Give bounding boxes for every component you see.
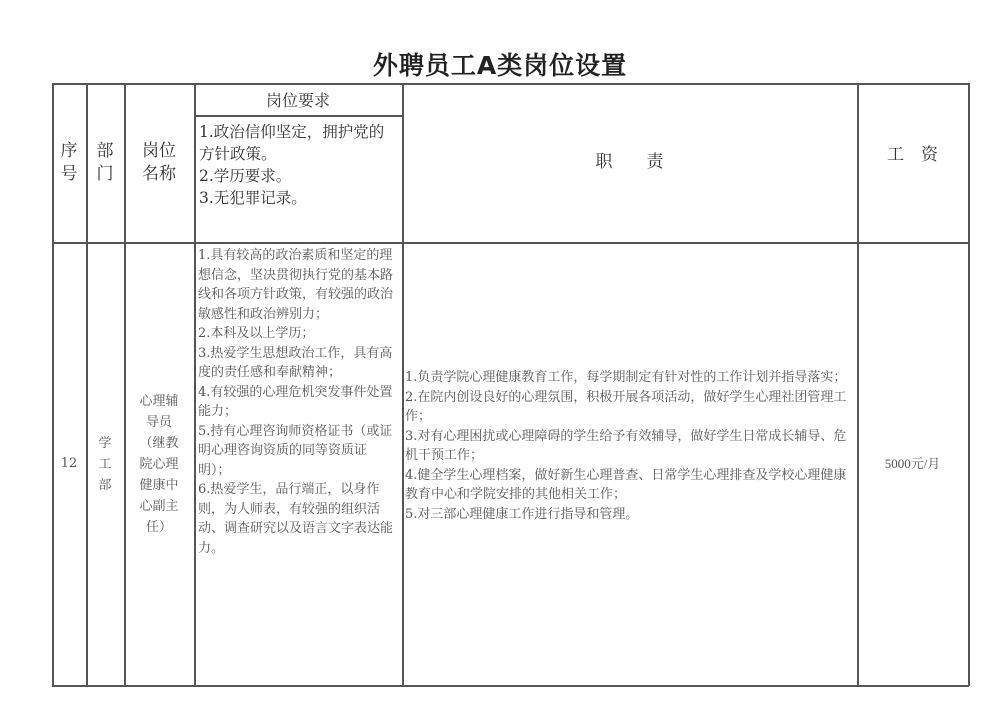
duty-3: 3.对有心理困扰或心理障碍的学生给予有效辅导，做好学生日常成长辅导、危机干预工作… [405, 427, 853, 466]
requirements-subheader-divider [194, 115, 402, 117]
header-position-name: 岗位名称 [124, 83, 194, 242]
row-dept-value: 学工部 [98, 433, 112, 496]
duty-4: 4.健全学生心理档案，做好新生心理普查、日常学生心理排查及学校心理健康教育中心和… [405, 466, 853, 505]
document-title: 外聘员工A类岗位设置 [0, 46, 1000, 82]
duty-2: 2.在院内创设良好的心理氛围，积极开展各项活动，做好学生心理社团管理工作； [405, 388, 853, 427]
row-seq: 12 [52, 243, 86, 685]
general-requirement-2: 2.学历要求。 [199, 165, 399, 187]
position-table: 序号 部门 岗位名称 岗位要求 1.政治信仰坚定，拥护党的方针政策。 2.学历要… [52, 83, 969, 686]
requirement-1: 1.具有较高的政治素质和坚定的理想信念，坚决贯彻执行党的基本路线和各项方针政策，… [198, 246, 398, 324]
header-salary-label: 工 资 [887, 144, 938, 167]
row-seq-value: 12 [61, 454, 78, 474]
header-requirements-label: 岗位要求 [266, 88, 330, 111]
requirement-2: 2.本科及以上学历； [198, 324, 398, 344]
general-requirement-3: 3.无犯罪记录。 [199, 187, 399, 209]
header-seq-label: 序号 [59, 140, 79, 186]
header-duties-label: 职 责 [596, 151, 664, 174]
row-salary: 5000元/月 [857, 243, 968, 685]
general-requirement-1: 1.政治信仰坚定，拥护党的方针政策。 [199, 121, 399, 165]
row-salary-value: 5000元/月 [885, 454, 941, 474]
table-border-bottom [52, 685, 969, 687]
row-dept: 学工部 [86, 243, 124, 685]
requirement-5: 5.持有心理咨询师资格证书（或证明心理咨询资质的同等资质证明）； [198, 422, 398, 481]
header-duties: 职 责 [402, 83, 857, 242]
col-divider-3 [194, 83, 196, 686]
header-seq: 序号 [52, 83, 86, 242]
header-dept: 部门 [86, 83, 124, 242]
duty-5: 5.对三部心理健康工作进行指导和管理。 [405, 505, 853, 525]
row-position-name-value: 心理辅导员（继教院心理健康中心副主任） [137, 391, 181, 538]
header-requirements-general: 1.政治信仰坚定，拥护党的方针政策。 2.学历要求。 3.无犯罪记录。 [199, 121, 399, 209]
row-position-name: 心理辅导员（继教院心理健康中心副主任） [124, 243, 194, 685]
header-salary: 工 资 [857, 83, 968, 228]
requirement-6: 6.热爱学生，品行端正，以身作则，为人师表，有较强的组织活动、调查研究以及语言文… [198, 480, 398, 558]
requirement-3: 3.热爱学生思想政治工作，具有高度的责任感和奉献精神； [198, 344, 398, 383]
duty-1: 1.负责学院心理健康教育工作，每学期制定有针对性的工作计划并指导落实； [405, 368, 853, 388]
row-duties: 1.负责学院心理健康教育工作，每学期制定有针对性的工作计划并指导落实； 2.在院… [405, 368, 853, 524]
requirement-4: 4.有较强的心理危机突发事件处置能力； [198, 383, 398, 422]
header-requirements: 岗位要求 [194, 83, 402, 115]
header-dept-label: 部门 [95, 140, 115, 186]
header-position-name-label: 岗位名称 [139, 140, 179, 186]
table-border-right [968, 83, 970, 686]
row-requirements: 1.具有较高的政治素质和坚定的理想信念，坚决贯彻执行党的基本路线和各项方针政策，… [198, 246, 398, 558]
